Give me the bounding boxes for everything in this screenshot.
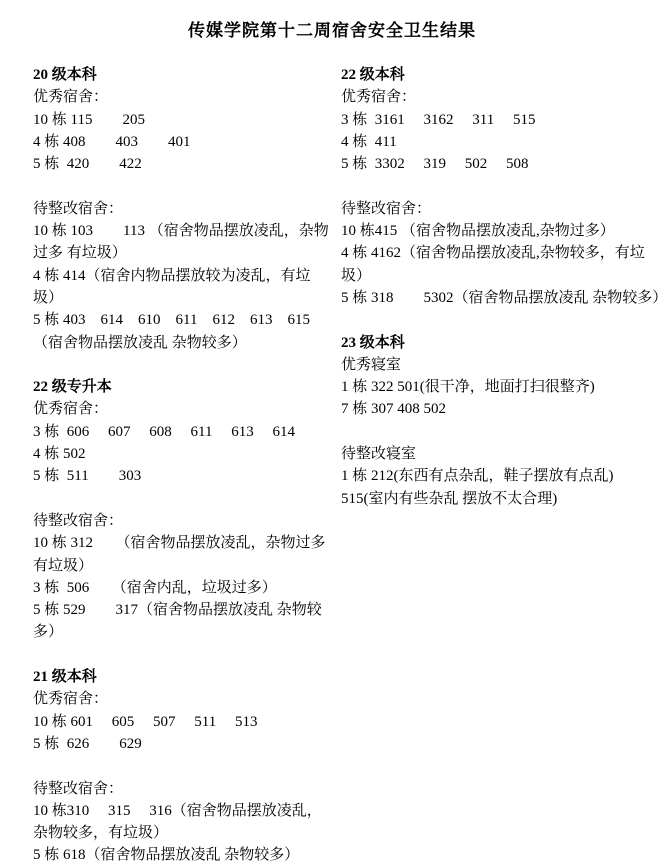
group-label: 待整改宿舍：	[33, 510, 331, 532]
entry-line: 5 栋 420 422	[33, 153, 331, 175]
entry-line: 1 栋 322 501(很干净，地面打扫很整齐)	[341, 376, 661, 398]
entry-line: 10 栋415 （宿舍物品摆放凌乱,杂物过多）	[341, 220, 661, 242]
group-label: 优秀宿舍：	[33, 398, 331, 420]
entry-line: 3 栋 3161 3162 311 515	[341, 109, 661, 131]
blank-line	[33, 755, 331, 777]
two-column-layout: 20 级本科优秀宿舍：10 栋 115 2054 栋 408 403 4015 …	[0, 64, 664, 865]
group-label: 优秀寝室	[341, 354, 661, 376]
entry-line: 1 栋 212(东西有点杂乱，鞋子摆放有点乱)	[341, 465, 661, 487]
group-label: 待整改宿舍：	[33, 198, 331, 220]
blank-line	[33, 644, 331, 666]
document-page: 传媒学院第十二周宿舍安全卫生结果 20 级本科优秀宿舍：10 栋 115 205…	[0, 0, 664, 865]
entry-line: 5 栋 403 614 610 611 612 613 615（宿舍物品摆放凌乱…	[33, 309, 331, 354]
entry-line: 10 栋 601 605 507 511 513	[33, 711, 331, 733]
entry-line: 10 栋 312 （宿舍物品摆放凌乱，杂物过多 有垃圾）	[33, 532, 331, 577]
group-label: 优秀宿舍：	[341, 86, 661, 108]
section-heading: 22 级本科	[341, 64, 661, 86]
section-heading: 23 级本科	[341, 332, 661, 354]
blank-line	[33, 175, 331, 197]
entry-line: 5 栋 618（宿舍物品摆放凌乱 杂物较多）	[33, 844, 331, 865]
entry-line: 515(室内有些杂乱 摆放不太合理)	[341, 488, 661, 510]
section-heading: 21 级本科	[33, 666, 331, 688]
entry-line: 3 栋 606 607 608 611 613 614	[33, 421, 331, 443]
group-label: 待整改寝室	[341, 443, 661, 465]
group-label: 待整改宿舍：	[341, 198, 661, 220]
entry-line: 5 栋 626 629	[33, 733, 331, 755]
entry-line: 4 栋 408 403 401	[33, 131, 331, 153]
section-heading: 22 级专升本	[33, 376, 331, 398]
page-title: 传媒学院第十二周宿舍安全卫生结果	[0, 0, 664, 42]
entry-line: 4 栋 502	[33, 443, 331, 465]
entry-line: 3 栋 506 （宿舍内乱，垃圾过多）	[33, 577, 331, 599]
entry-line: 10 栋 103 113 （宿舍物品摆放凌乱，杂物过多 有垃圾）	[33, 220, 331, 265]
entry-line: 5 栋 529 317（宿舍物品摆放凌乱 杂物较多）	[33, 599, 331, 644]
right-column: 22 级本科优秀宿舍：3 栋 3161 3162 311 5154 栋 4115…	[341, 64, 661, 865]
group-label: 优秀宿舍：	[33, 86, 331, 108]
entry-line: 4 栋 411	[341, 131, 661, 153]
group-label: 优秀宿舍：	[33, 688, 331, 710]
left-column: 20 级本科优秀宿舍：10 栋 115 2054 栋 408 403 4015 …	[33, 64, 331, 865]
section-heading: 20 级本科	[33, 64, 331, 86]
blank-line	[33, 354, 331, 376]
entry-line: 4 栋 4162（宿舍物品摆放凌乱,杂物较多，有垃圾）	[341, 242, 661, 287]
entry-line: 10 栋310 315 316（宿舍物品摆放凌乱，杂物较多，有垃圾）	[33, 800, 331, 845]
entry-line: 5 栋 3302 319 502 508	[341, 153, 661, 175]
entry-line: 7 栋 307 408 502	[341, 398, 661, 420]
entry-line: 5 栋 318 5302（宿舍物品摆放凌乱 杂物较多）	[341, 287, 661, 309]
entry-line: 10 栋 115 205	[33, 109, 331, 131]
entry-line: 4 栋 414（宿舍内物品摆放较为凌乱，有垃圾）	[33, 265, 331, 310]
entry-line: 5 栋 511 303	[33, 465, 331, 487]
blank-line	[341, 421, 661, 443]
blank-line	[341, 175, 661, 197]
blank-line	[341, 309, 661, 331]
group-label: 待整改宿舍：	[33, 778, 331, 800]
blank-line	[33, 488, 331, 510]
